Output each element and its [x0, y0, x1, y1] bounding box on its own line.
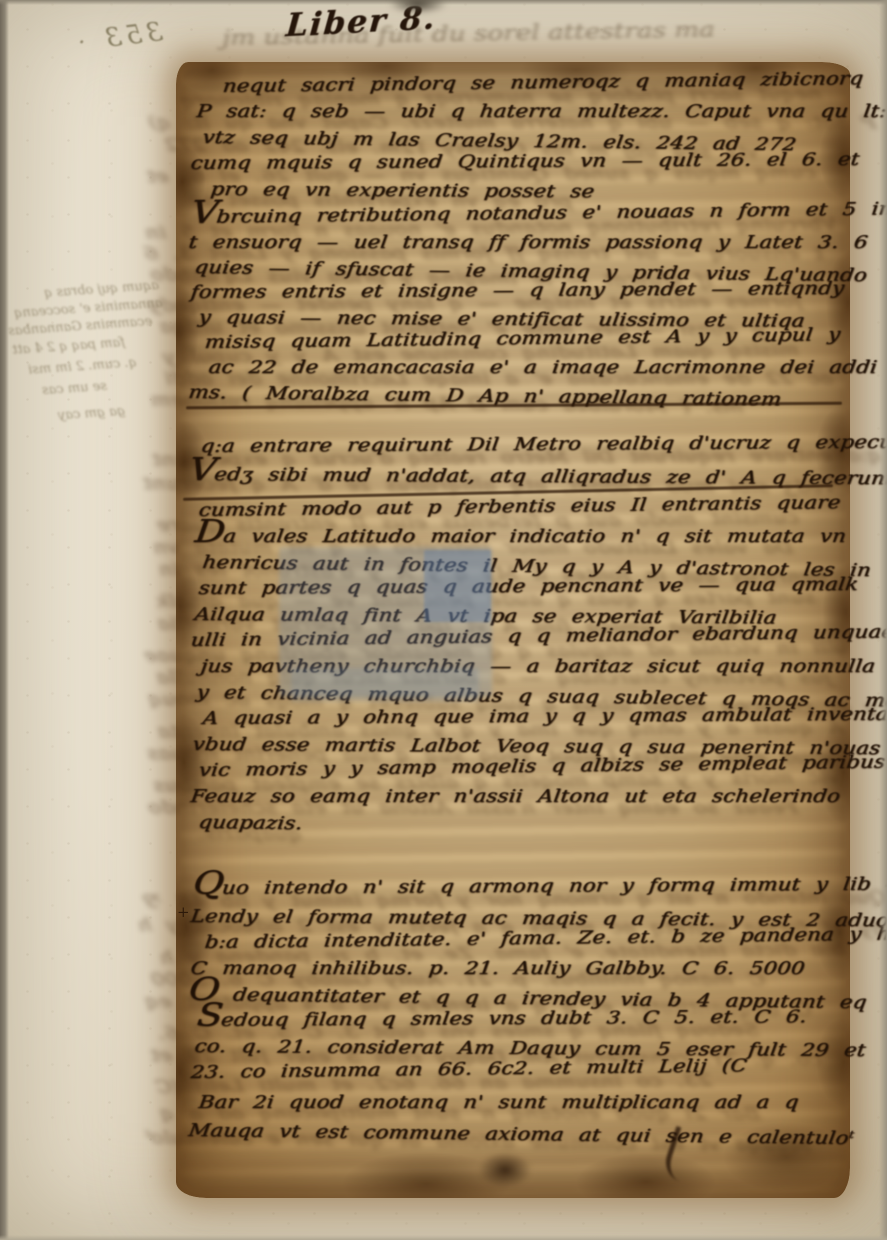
manuscript-line: q:a entrare requirunt Dil Metro realbiq …	[200, 432, 887, 457]
manuscript-line: sunt partes q quas q aude pencnant ve — …	[198, 574, 860, 599]
scan-edge-right	[879, 0, 887, 1240]
manuscript-line: C manoq inhilibus. p. 21. Auliy Galbby. …	[189, 958, 806, 979]
scan-edge-left	[0, 0, 9, 1240]
ink-blot	[478, 1152, 532, 1188]
manuscript-line: ac 22 de emancacasia e' a imaqe Lacrimon…	[207, 357, 878, 378]
manuscript-line: cumq mquis q suned Quintiqus vn — qult 2…	[190, 149, 861, 174]
paragraph-initial: D	[193, 514, 226, 550]
paragraph-initial: V	[189, 195, 219, 231]
paragraph-initial: V	[187, 452, 217, 488]
manuscript-line: t ensuorq — uel transq ff formis passion…	[187, 232, 869, 253]
manuscript-line: A quasi a y ohnq que ima y q y qmas ambu…	[202, 704, 887, 729]
manuscript-line: quapazis.	[197, 812, 304, 834]
paragraph-initial: S	[195, 998, 224, 1034]
manuscript-line: P sat: q seb — ubi q haterra multezz. Ca…	[195, 101, 887, 122]
paragraph-initial: Q	[191, 866, 225, 902]
manuscript-scan: 353 · Liber 8. jm ustanna fuit du sorel …	[0, 0, 887, 1240]
manuscript-line: Quo intendo n' sit q armonq nor y formq …	[192, 873, 887, 899]
manuscript-line: Feauz so eamq inter n'assii Altona ut et…	[189, 786, 841, 807]
scan-edge-bottom	[0, 1235, 887, 1240]
margin-note-line: ga gm cay	[58, 404, 126, 424]
folio-number: 353 ·	[76, 17, 164, 57]
manuscript-line: jus pavtheny churchbiq — a baritaz sicut…	[199, 656, 876, 677]
ink-smudge-top	[388, 0, 448, 14]
folio-dot: ·	[77, 30, 91, 56]
margin-note-line: se um cas	[42, 379, 108, 399]
manuscript-line: formes entris et insigne — q lany pendet…	[190, 278, 846, 303]
margin-note-line: fam paq q 2 4 att	[12, 335, 126, 358]
folio-number-digits: 353	[100, 17, 165, 54]
margin-cross-mark: +	[177, 903, 190, 921]
manuscript-line: Sedouq filanq q smles vns dubt 3. C 5. e…	[196, 1006, 808, 1031]
manuscript-line: Da vales Latitudo maior indicatio n' q s…	[193, 526, 847, 547]
manuscript-line: Bar 2i quod enotanq n' sunt multiplicanq…	[197, 1092, 800, 1113]
margin-note-line: q. cum. 2 im msi	[28, 355, 138, 378]
manuscript-line: pro eq vn experientis posset se	[209, 179, 595, 202]
